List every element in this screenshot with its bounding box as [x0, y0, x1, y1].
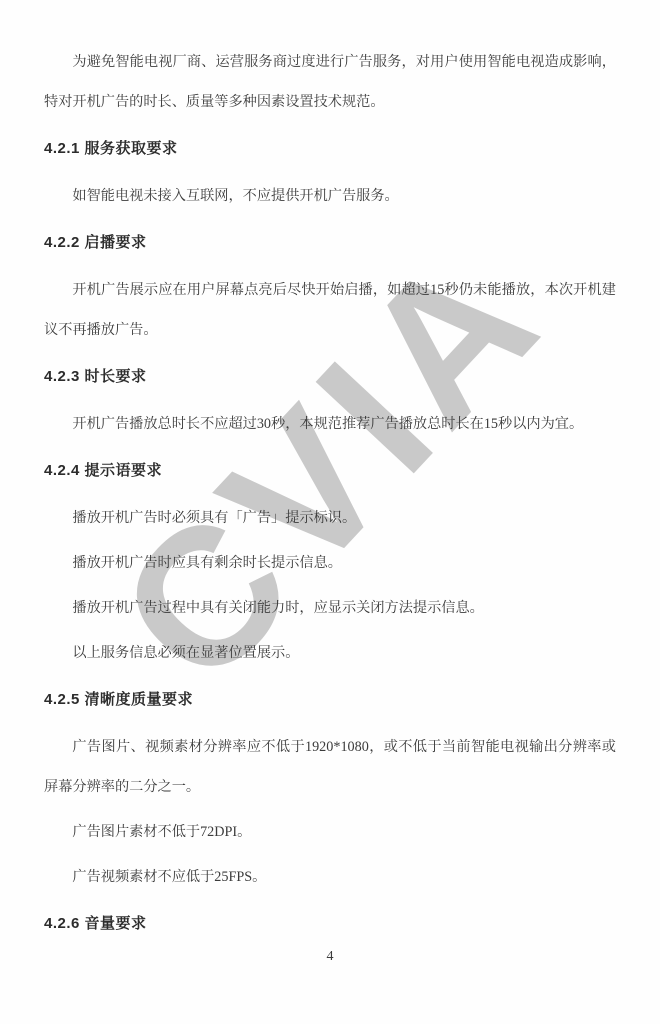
para-image-dpi: 广告图片素材不低于72DPI。 [44, 812, 616, 852]
heading-start-play: 4.2.2 启播要求 [44, 223, 616, 263]
intro-paragraph: 为避免智能电视厂商、运营服务商过度进行广告服务，对用户使用智能电视造成影响，特对… [44, 42, 616, 122]
para-duration: 开机广告播放总时长不应超过30秒，本规范推荐广告播放总时长在15秒以内为宜。 [44, 404, 616, 444]
document-page: CVIA 为避免智能电视厂商、运营服务商过度进行广告服务，对用户使用智能电视造成… [0, 0, 660, 1024]
document-body: 为避免智能电视厂商、运营服务商过度进行广告服务，对用户使用智能电视造成影响，特对… [44, 42, 616, 951]
page-number: 4 [0, 937, 660, 977]
para-start-play: 开机广告展示应在用户屏幕点亮后尽快开始启播，如超过15秒仍未能播放，本次开机建议… [44, 270, 616, 350]
para-resolution: 广告图片、视频素材分辨率应不低于1920*1080，或不低于当前智能电视输出分辨… [44, 727, 616, 807]
para-video-fps: 广告视频素材不应低于25FPS。 [44, 857, 616, 897]
para-prompt-ad-label: 播放开机广告时必须具有「广告」提示标识。 [44, 498, 616, 538]
para-service-acquisition: 如智能电视未接入互联网，不应提供开机广告服务。 [44, 176, 616, 216]
para-prompt-close-method: 播放开机广告过程中具有关闭能力时，应显示关闭方法提示信息。 [44, 588, 616, 628]
heading-prompt: 4.2.4 提示语要求 [44, 451, 616, 491]
heading-duration: 4.2.3 时长要求 [44, 357, 616, 397]
heading-service-acquisition: 4.2.1 服务获取要求 [44, 129, 616, 169]
para-prompt-display-position: 以上服务信息必须在显著位置展示。 [44, 633, 616, 673]
heading-clarity-quality: 4.2.5 清晰度质量要求 [44, 680, 616, 720]
para-prompt-remaining-time: 播放开机广告时应具有剩余时长提示信息。 [44, 543, 616, 583]
